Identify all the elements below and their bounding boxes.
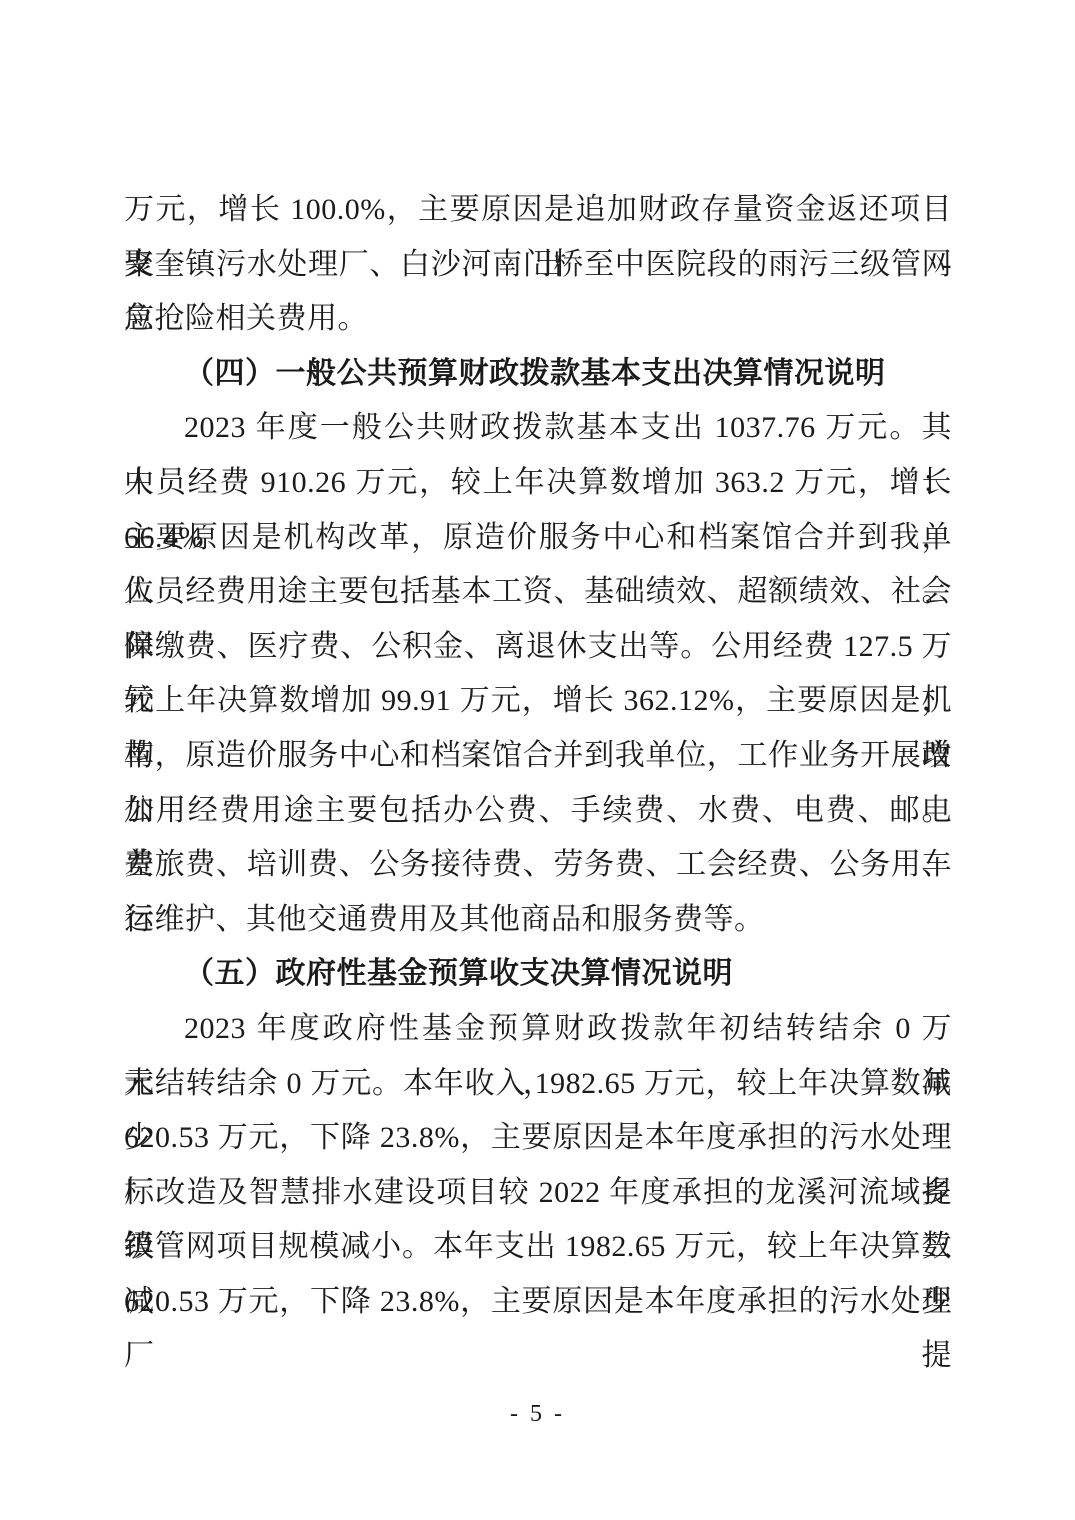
paragraph-line: 620.53 万元，下降 23.8%，主要原因是本年度承担的污水处理厂提 xyxy=(124,1111,952,1166)
section-heading-4: （四）一般公共预算财政拨款基本支出决算情况说明 xyxy=(124,347,952,402)
paragraph-line: 2023 年度政府性基金预算财政拨款年初结转结余 0 万元，年 xyxy=(124,1002,952,1057)
paragraph-line: 革，原造价服务中心和档案馆合并到我单位，工作业务开展增加。 xyxy=(124,729,952,784)
document-body: 万元，增长 100.0%，主要原因是追加财政存量资金返还项目支出- 聚奎镇污水处… xyxy=(124,183,952,1329)
paragraph-line: 标改造及智慧排水建设项目较 2022 年度承担的龙溪河流域乡镇三 xyxy=(124,1166,952,1221)
paragraph-line: 主要原因是机构改革，原造价服务中心和档案馆合并到我单位。 xyxy=(124,511,952,566)
paragraph-line: 聚奎镇污水处理厂、白沙河南门桥至中医院段的雨污三级管网应 xyxy=(124,238,952,293)
paragraph-line: 人员经费 910.26 万元，较上年决算数增加 363.2 万元，增长 66.4… xyxy=(124,456,952,511)
page-number: - 5 - xyxy=(0,1396,1075,1432)
paragraph-line: 障缴费、医疗费、公积金、离退休支出等。公用经费 127.5 万元， xyxy=(124,620,952,675)
paragraph-line: 2023 年度一般公共财政拨款基本支出 1037.76 万元。其中： xyxy=(124,401,952,456)
paragraph-line: 末结转结余 0 万元。本年收入 1982.65 万元，较上年决算数减少 xyxy=(124,1057,952,1112)
paragraph-line: 差旅费、培训费、公务接待费、劳务费、工会经费、公务用车运 xyxy=(124,838,952,893)
paragraph-line: 人员经费用途主要包括基本工资、基础绩效、超额绩效、社会保 xyxy=(124,565,952,620)
paragraph-line: 急抢险相关费用。 xyxy=(124,292,952,347)
document-page: 万元，增长 100.0%，主要原因是追加财政存量资金返还项目支出- 聚奎镇污水处… xyxy=(0,0,1075,1520)
paragraph-line: 万元，增长 100.0%，主要原因是追加财政存量资金返还项目支出- xyxy=(124,183,952,238)
paragraph-line: 级管网项目规模减小。本年支出 1982.65 万元，较上年决算数减少 xyxy=(124,1220,952,1275)
paragraph-line: 公用经费用途主要包括办公费、手续费、水费、电费、邮电费、 xyxy=(124,784,952,839)
paragraph-line: 行维护、其他交通费用及其他商品和服务费等。 xyxy=(124,893,952,948)
section-heading-5: （五）政府性基金预算收支决算情况说明 xyxy=(124,947,952,1002)
paragraph-line: 620.53 万元，下降 23.8%，主要原因是本年度承担的污水处理厂提 xyxy=(124,1275,952,1330)
paragraph-line: 较上年决算数增加 99.91 万元，增长 362.12%，主要原因是机构改 xyxy=(124,674,952,729)
